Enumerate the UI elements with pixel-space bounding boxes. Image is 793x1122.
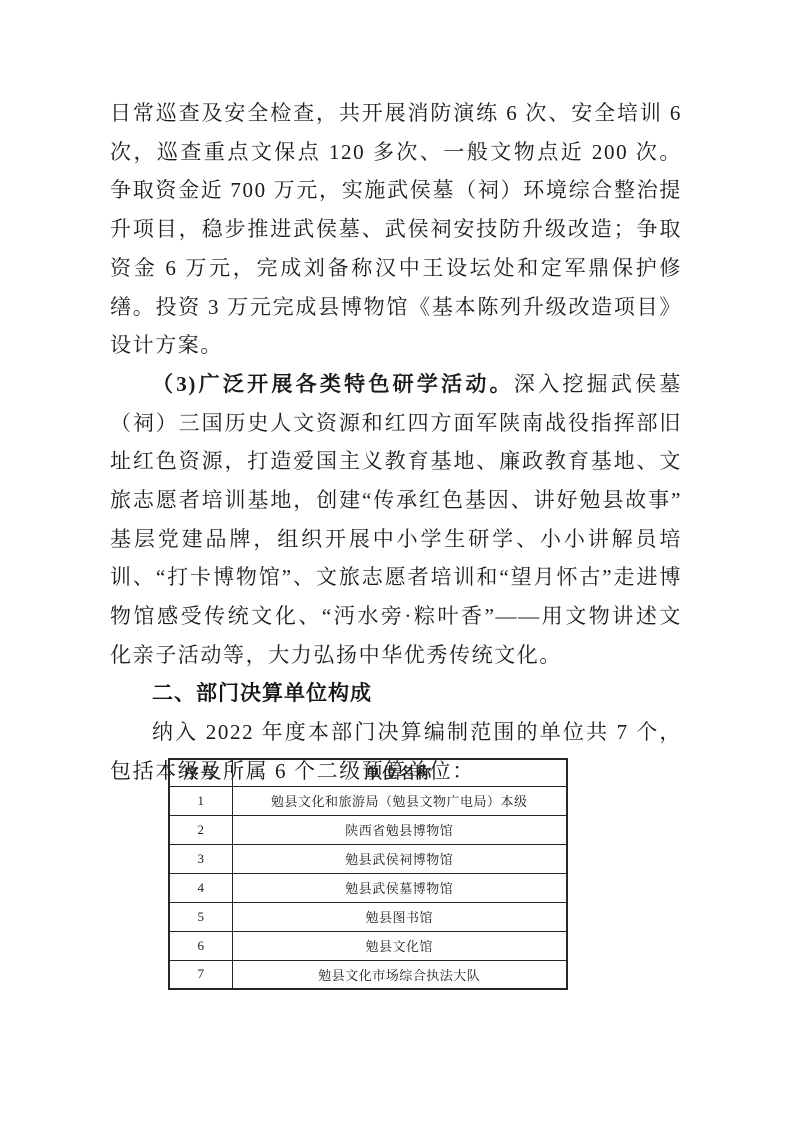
unit-name-cell: 勉县文化和旅游局（勉县文物广电局）本级 (232, 786, 567, 815)
table-header-row: 序号 单位名称 (169, 759, 567, 786)
row-index-cell: 6 (169, 931, 232, 960)
row-index-cell: 4 (169, 873, 232, 902)
row-index-cell: 7 (169, 960, 232, 989)
unit-name-cell: 勉县武侯祠博物馆 (232, 844, 567, 873)
unit-name-cell: 勉县文化市场综合执法大队 (232, 960, 567, 989)
section-heading-unit-composition: 二、部门决算单位构成 (110, 675, 682, 714)
table-row: 2 陕西省勉县博物馆 (169, 815, 567, 844)
unit-name-cell: 勉县文化馆 (232, 931, 567, 960)
document-body: 日常巡查及安全检查，共开展消防演练 6 次、安全培训 6 次，巡查重点文保点 1… (110, 94, 682, 791)
paragraph-research-activities: （3)广泛开展各类特色研学活动。深入挖掘武侯墓（祠）三国历史人文资源和红四方面军… (110, 365, 682, 675)
unit-name-cell: 陕西省勉县博物馆 (232, 815, 567, 844)
row-index-cell: 3 (169, 844, 232, 873)
table-row: 3 勉县武侯祠博物馆 (169, 844, 567, 873)
column-header-unit-name: 单位名称 (232, 759, 567, 786)
paragraph-lead-bold: （3)广泛开展各类特色研学活动。 (152, 372, 514, 396)
document-page: 日常巡查及安全检查，共开展消防演练 6 次、安全培训 6 次，巡查重点文保点 1… (0, 0, 793, 1122)
unit-name-cell: 勉县图书馆 (232, 902, 567, 931)
table-row: 4 勉县武侯墓博物馆 (169, 873, 567, 902)
table-row: 6 勉县文化馆 (169, 931, 567, 960)
row-index-cell: 1 (169, 786, 232, 815)
row-index-cell: 5 (169, 902, 232, 931)
units-table: 序号 单位名称 1 勉县文化和旅游局（勉县文物广电局）本级 2 陕西省勉县博物馆… (168, 758, 568, 990)
table-row: 7 勉县文化市场综合执法大队 (169, 960, 567, 989)
table-row: 1 勉县文化和旅游局（勉县文物广电局）本级 (169, 786, 567, 815)
unit-name-cell: 勉县武侯墓博物馆 (232, 873, 567, 902)
paragraph-continuation: 日常巡查及安全检查，共开展消防演练 6 次、安全培训 6 次，巡查重点文保点 1… (110, 94, 682, 365)
paragraph-lead-rest: 深入挖掘武侯墓（祠）三国历史人文资源和红四方面军陕南战役指挥部旧址红色资源，打造… (110, 372, 682, 667)
table-row: 5 勉县图书馆 (169, 902, 567, 931)
row-index-cell: 2 (169, 815, 232, 844)
column-header-index: 序号 (169, 759, 232, 786)
